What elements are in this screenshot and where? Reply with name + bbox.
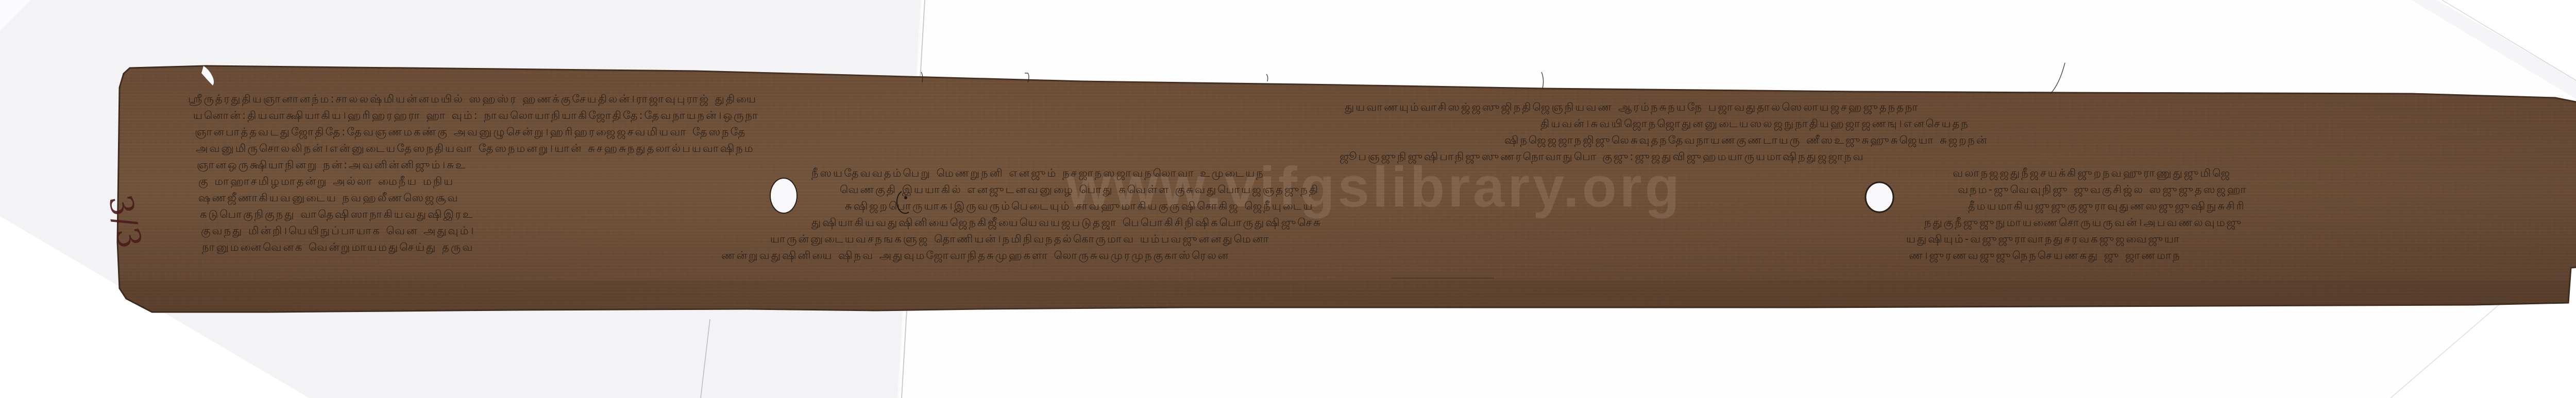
- string-hole-right: [1866, 182, 1893, 212]
- scan-stage: www.vifgslibrary.org 3/3 ஸ்ரீருத்ரதுதியஞ…: [0, 0, 2576, 398]
- string-hole-left: [770, 178, 797, 213]
- watermark: www.vifgslibrary.org: [1066, 154, 1683, 220]
